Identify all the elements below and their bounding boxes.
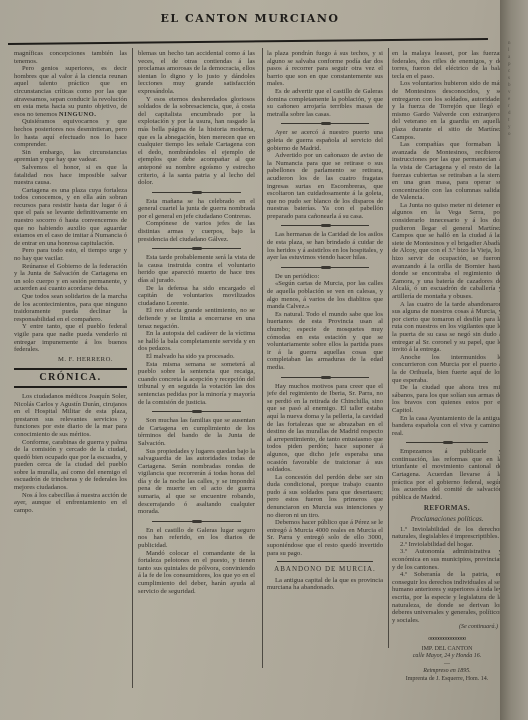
paragraph: Ayer se acercó á nuestro puerto una gole…: [267, 129, 383, 152]
imprint-dash: —: [392, 661, 500, 669]
paragraph: Quisiéramos equivocarnos y que hechos po…: [14, 118, 127, 148]
paragraph: Esta tarde probablemente será la vista d…: [138, 254, 255, 284]
ornamental-divider: [281, 225, 369, 226]
reform-item: 1.º Inviolabilidad de los derechos natur…: [392, 526, 500, 541]
paragraph: blemas un hecho tan accidental como á la…: [138, 50, 255, 96]
paragraph: Advertido por un cañonazo de aviso de la…: [267, 152, 383, 220]
reprint-note: Reimpreso en 1895.: [423, 668, 471, 674]
masthead-rule: [8, 38, 488, 45]
section-heading-abandono: ABANDONO DE MURCIA.: [267, 566, 383, 574]
paragraph: El malvado ha sido ya procesado.: [138, 353, 255, 361]
paragraph: Hay muchos motivos para creer que el jef…: [267, 383, 383, 474]
paragraph: magníficas concepciones también las tene…: [14, 50, 127, 65]
paragraph: De la ciudad que ahora tres mil sábanos,…: [392, 384, 500, 414]
article-signature: M. F. HERRERO.: [14, 356, 127, 364]
paragraph: Las compañías que formaban la avanzada d…: [392, 141, 500, 202]
paragraph: Sin embargo, las circunstancias apremian…: [14, 149, 127, 164]
column-3: la plaza pondrán fuego á sus techos, y s…: [267, 50, 383, 720]
continuation-note: (Se continuará.): [392, 624, 500, 632]
paragraph: Pero para todo esto, el tiempo urge y no…: [14, 247, 127, 262]
reprint-printer: Imprenta de J. Esquerre, Hom. 14.: [392, 676, 500, 684]
paragraph: Empezamos á publicarle y continuación, l…: [392, 448, 500, 501]
paragraph: En el castillo de Galeras lugar seguro n…: [138, 527, 255, 550]
paragraph: Sus propiedades y lugares quedan bajo la…: [138, 448, 255, 516]
paragraph: La concesión del perdón debe ser sin dud…: [267, 474, 383, 520]
paragraph: «Según cartas de Murcia, por las calles …: [267, 280, 383, 310]
paragraph: Esta mañana se ha celebrado en el genera…: [138, 198, 255, 221]
paragraph: De un periódico:: [267, 273, 383, 281]
imprint: IMP. DEL CANTON calle Mayor, 24 y Honda …: [392, 646, 500, 684]
ornamental-divider: [152, 192, 241, 193]
paragraph: Anoche los intermunidos le concurrieron …: [392, 354, 500, 384]
masthead-title: EL CANTON MURCIANO: [0, 12, 500, 25]
section-heading-cronica: CRÓNICA.: [14, 368, 127, 388]
section-divider: [277, 561, 373, 562]
paragraph: Es natural. Todo el mundo sabe que los h…: [267, 311, 383, 372]
paragraph: la plaza pondrán fuego á sus techos, y s…: [267, 50, 383, 88]
next-page-edge-text: nl ap cs bv er dt yo: [508, 40, 528, 720]
reform-item: 2.º Inviolabilidad del hogar.: [392, 541, 500, 549]
chain-ornament: ooooooooooooooo: [392, 636, 500, 644]
paragraph: De la defensa ha sido encargado el capit…: [138, 285, 255, 308]
paragraph: En la autopsia del cadáver de la víctima…: [138, 330, 255, 353]
ornamental-divider: [281, 123, 369, 124]
emphasis-word: NINGUNO.: [59, 111, 97, 118]
paragraph: Mandó colocar el comandante de la fortal…: [138, 550, 255, 596]
column-divider: [132, 48, 133, 688]
reform-item: 3.º Autonomía administrativa y económica…: [392, 548, 500, 571]
printer-address: calle Mayor, 24 y Honda 16.: [413, 653, 482, 659]
paragraph: Los voluntarios hubieron sido de más de …: [392, 80, 500, 141]
column-2: blemas un hecho tan accidental como á la…: [138, 50, 255, 720]
paragraph: En la casa Ayuntamiento de la antigua ba…: [392, 415, 500, 438]
paragraph: Debemos hacer público que á Pérez se le …: [267, 519, 383, 557]
subsection-heading: Proclamaciones políticas.: [392, 516, 500, 524]
ornamental-divider: [281, 267, 369, 268]
paragraph: Conforme, carabinas de guerra y palma de…: [14, 439, 127, 492]
paragraph: en la malaya leasset, por las fuerzas fe…: [392, 50, 500, 80]
paragraph: Pero genios superiores, es decir hombres…: [14, 65, 127, 118]
ornamental-divider: [406, 442, 488, 443]
column-4: en la malaya leasset, por las fuerzas fe…: [392, 50, 500, 720]
paragraph: La antigua capital de la que es provinci…: [267, 577, 383, 592]
paragraph: Y esos eternos desheredados gloriosos so…: [138, 96, 255, 187]
paragraph: Que todos sean solidarios de la marcha d…: [14, 293, 127, 323]
paragraph: Y entre tanto, que el pueblo federal vig…: [14, 323, 127, 353]
column-divider: [262, 48, 263, 668]
paragraph: Compónese de varios jefes de las distint…: [138, 220, 255, 243]
paragraph: Son muchas las familias que se ausentan …: [138, 417, 255, 447]
paragraph: Esta misma semana se someterá al pueblo …: [138, 361, 255, 407]
ornamental-divider: [152, 521, 241, 522]
column-1: magníficas concepciones también las tene…: [14, 50, 127, 720]
paragraph: Los ciudadanos médicos Joaquín Soler, Ni…: [14, 393, 127, 439]
section-heading-reformas: REFORMAS.: [392, 505, 500, 513]
newspaper-page: EL CANTON MURCIANO magníficas concepcion…: [0, 0, 500, 720]
ornamental-divider: [281, 377, 369, 378]
paragraph: Cartagena es una plaza cuya fortaleza to…: [14, 187, 127, 248]
ornamental-divider: [152, 411, 241, 412]
paragraph: Salvemos el honor, si es que la fatalida…: [14, 164, 127, 187]
reform-item: 4.º Soberanía de la patria, en conseguir…: [392, 571, 500, 624]
paragraph: Es de advertir que el castillo de Galera…: [267, 88, 383, 118]
column-divider: [388, 48, 389, 648]
paragraph: Las hermanas de la Caridad de los asilos…: [267, 231, 383, 261]
paragraph: La Junta no quiso meter ni detener en al…: [392, 202, 500, 301]
paragraph: El reo afecta grande sentimiento, no se …: [138, 307, 255, 330]
paragraph: Nos á los cabecillas á nuestra acción de…: [14, 492, 127, 515]
paragraph: A las cuatro de la tarde abandonaron sus…: [392, 301, 500, 354]
ornamental-divider: [152, 248, 241, 249]
paragraph: Reúnanse el Gobierno de la federación y …: [14, 263, 127, 293]
printer-name: IMP. DEL CANTON: [392, 646, 500, 654]
